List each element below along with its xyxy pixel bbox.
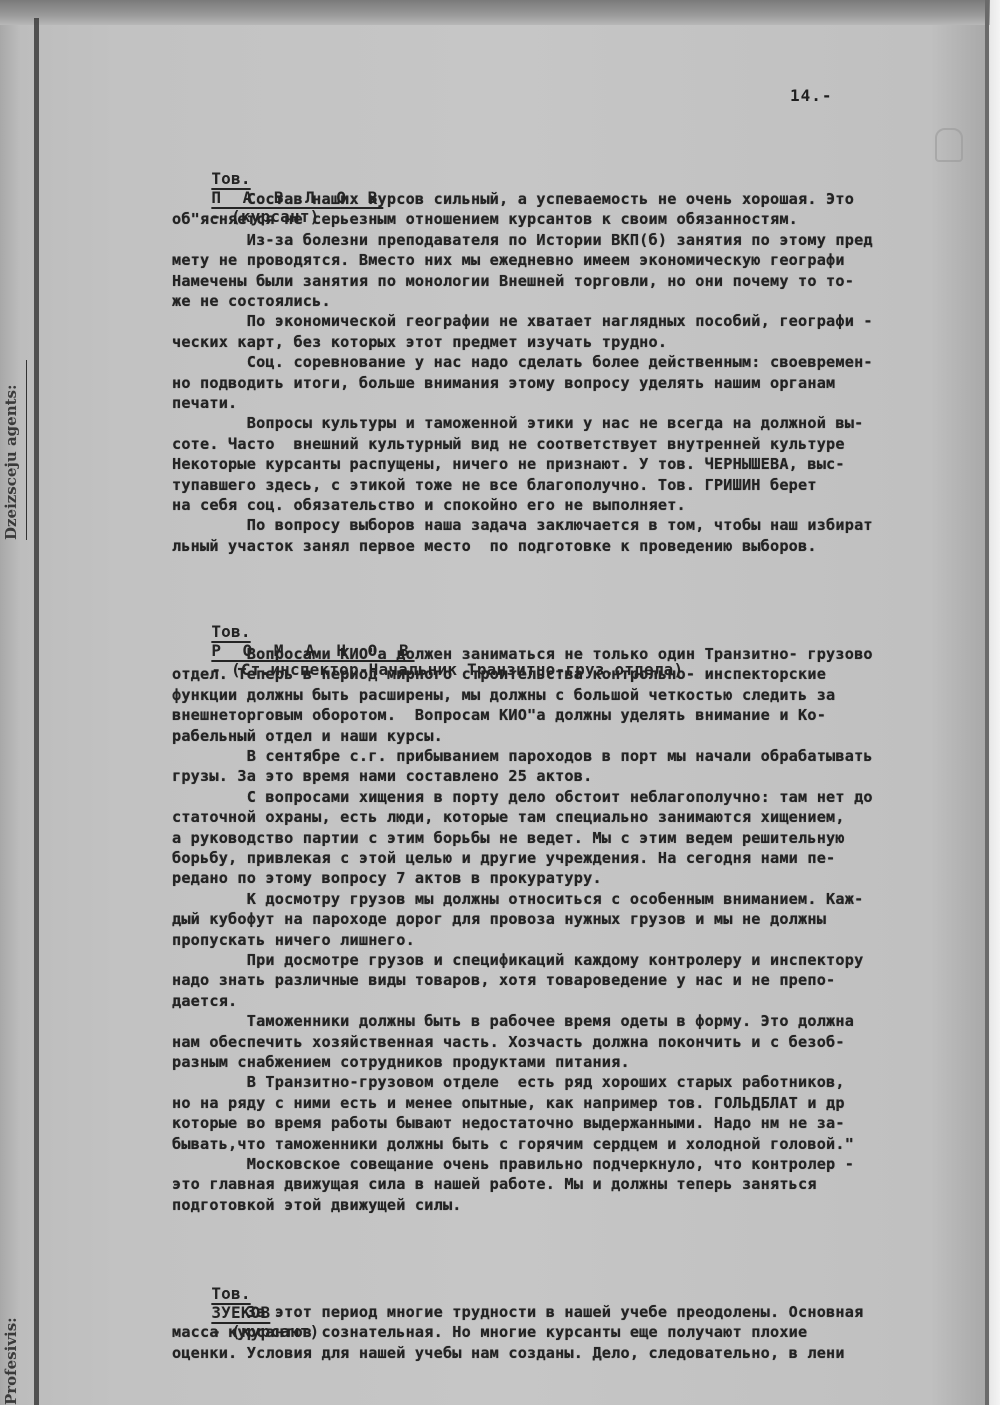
text-line: на себя соц. обязательство и спокойно ег… — [172, 496, 686, 514]
text-line: а руководство партии с этим борьбы не ве… — [172, 829, 845, 847]
text-line: редано по этому вопросу 7 актов в прокур… — [172, 869, 602, 887]
text-line: Из-за болезни преподавателя по Истории В… — [172, 231, 873, 249]
margin-label-profession: Profesivis: — [2, 1290, 26, 1405]
text-line: Некоторые курсанты распущены, ничего не … — [172, 455, 845, 473]
text-line: подготовкой этой движущей силы. — [172, 1196, 462, 1214]
ink-smudge-mark — [935, 128, 963, 162]
text-line: Вопросами КИО"а должен заниматься не тол… — [172, 645, 873, 663]
text-line: дается. — [172, 992, 237, 1010]
text-line: По вопросу выборов наша задача заключает… — [172, 516, 873, 534]
text-line: ческих карт, без которых этот предмет из… — [172, 333, 667, 351]
text-line: мету не проводятся. Вместо них мы ежедне… — [172, 251, 845, 269]
text-line: Московское совещание очень правильно под… — [172, 1155, 854, 1173]
text-line: При досмотре грузов и спецификаций каждо… — [172, 951, 863, 969]
page-number: 14.- — [790, 86, 833, 105]
text-line: это главная движущая сила в нашей работе… — [172, 1175, 817, 1193]
text-line: За этот период многие трудности в нашей … — [172, 1303, 863, 1321]
text-line: но подводить итоги, больше внимания этом… — [172, 374, 835, 392]
text-line: Состав наших курсов сильный, а успеваемо… — [172, 190, 854, 208]
text-line: По экономической географии не хватает на… — [172, 312, 873, 330]
text-line: нам обеспечить хозяйственная часть. Хозч… — [172, 1033, 845, 1051]
text-line: К досмотру грузов мы должны относиться с… — [172, 890, 863, 908]
text-line: бывать,что таможенники должны быть с гор… — [172, 1135, 854, 1153]
text-line: соте. Часто внешний культурный вид не со… — [172, 435, 845, 453]
text-line: В Транзитно-грузовом отделе есть ряд хор… — [172, 1073, 845, 1091]
text-line: разным снабжением сотрудников продуктами… — [172, 1053, 630, 1071]
text-line: отдел. Теперь в период мирного строитель… — [172, 665, 826, 683]
text-line: грузы. За это время нами составлено 25 а… — [172, 767, 592, 785]
text-line: В сентябре с.г. прибыванием пароходов в … — [172, 747, 873, 765]
speaker-prefix: Тов. — [211, 622, 250, 641]
text-line: надо знать различные виды товаров, хотя … — [172, 971, 835, 989]
text-line: Вопросы культуры и таможенной этики у на… — [172, 414, 863, 432]
text-line: рабельный отдел и наши курсы. — [172, 727, 443, 745]
text-line: Соц. соревнование у нас надо сделать бол… — [172, 353, 873, 371]
page-right-edge — [985, 0, 989, 1405]
text-line: об"ясняется не серьезным отношением курс… — [172, 210, 798, 228]
text-line: Намечены были занятия по монологии Внешн… — [172, 272, 854, 290]
text-line: льный участок занял первое место по подг… — [172, 537, 817, 555]
binding-fold-line — [34, 18, 39, 1405]
text-line: масса курсантов сознательная. Но многие … — [172, 1323, 807, 1341]
text-line: оценки. Условия для нашей учебы нам созд… — [172, 1344, 845, 1362]
text-line: тупавшего здесь, с этикой тоже не все бл… — [172, 476, 817, 494]
text-line: пропускать ничего лишнего. — [172, 931, 415, 949]
text-line: же не состоялись. — [172, 292, 331, 310]
speaker-prefix: Тов. — [211, 1284, 250, 1303]
text-line: борьбу, привлекая с этой целью и другие … — [172, 849, 835, 867]
text-line: внешнеторговым оборотом. Вопросам КИО"а … — [172, 706, 826, 724]
margin-label-agents: Dzeizsceju agents: — [2, 360, 27, 540]
speaker-prefix: Тов. — [211, 169, 250, 188]
scan-top-shadow — [0, 0, 990, 25]
text-line: Таможенники должны быть в рабочее время … — [172, 1012, 854, 1030]
text-line: которые во время работы бывают недостато… — [172, 1114, 845, 1132]
text-line: функции должны быть расширены, мы должны… — [172, 686, 835, 704]
text-line: статочной охраны, есть люди, которые там… — [172, 808, 845, 826]
text-line: печати. — [172, 394, 237, 412]
text-line: дый кубофут на пароходе дорог для провоз… — [172, 910, 826, 928]
text-line: С вопросами хищения в порту дело обстоит… — [172, 788, 873, 806]
text-line: но на ряду с ними есть и менее опытные, … — [172, 1094, 845, 1112]
